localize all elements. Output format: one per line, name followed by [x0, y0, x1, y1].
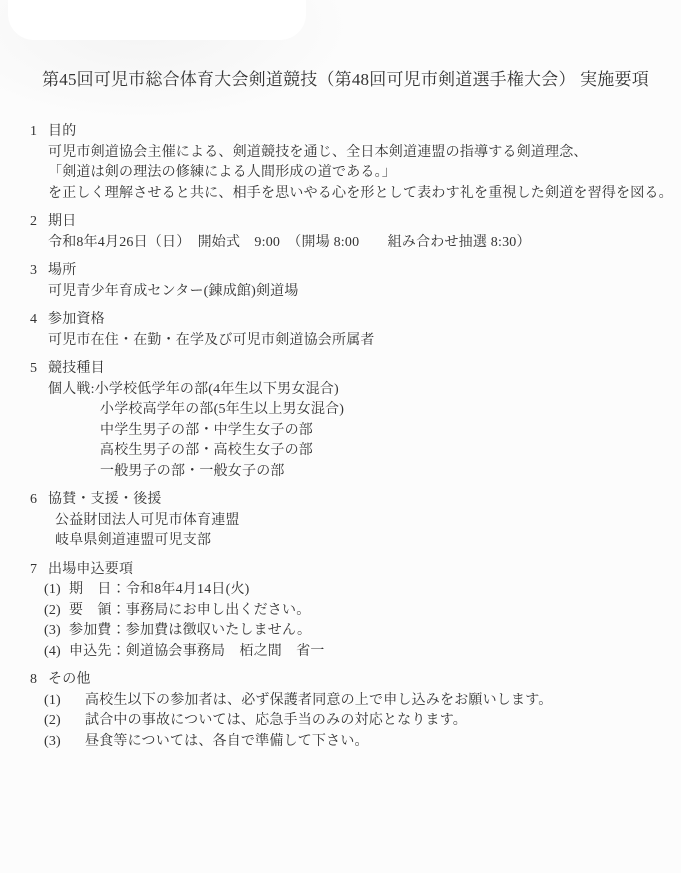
section-date: 2期日 令和8年4月26日（日） 開始式 9:00 （開場 8:00 組み合わせ…	[0, 212, 681, 253]
section-heading-row: 5競技種目	[0, 359, 681, 380]
item-text: 要 領：事務局にお申し出ください。	[69, 603, 310, 618]
document-content: 第45回可児市総合体育大会剣道競技（第48回可児市剣道選手権大会） 実施要項 1…	[0, 0, 681, 752]
section-heading: 場所	[48, 263, 76, 278]
section-number: 6	[30, 490, 48, 511]
item-text: 昼食等については、各自で準備して下さい。	[85, 734, 369, 749]
document-title: 第45回可児市総合体育大会剣道競技（第48回可児市剣道選手権大会） 実施要項	[0, 70, 681, 90]
item-number: (3)	[44, 621, 69, 642]
body-line: 可児市剣道協会主催による、剣道競技を通じ、全日本剣道連盟の指導する剣道理念、	[0, 143, 681, 164]
event-category: 高校生男子の部・高校生女子の部	[0, 441, 681, 462]
body-line: 可児青少年育成センター(錬成館)剣道場	[0, 282, 681, 303]
item-text: 期 日：令和8年4月14日(火)	[69, 582, 250, 597]
section-heading-row: 1目的	[0, 122, 681, 143]
application-item: (1)期 日：令和8年4月14日(火)	[0, 580, 681, 601]
section-number: 7	[30, 560, 48, 581]
item-number: (4)	[44, 642, 69, 663]
section-heading-row: 4参加資格	[0, 310, 681, 331]
application-item: (3)参加費：参加費は徴収いたしません。	[0, 621, 681, 642]
section-heading: 参加資格	[48, 312, 105, 327]
section-heading: 競技種目	[48, 361, 105, 376]
item-number: (3)	[44, 732, 85, 753]
item-number: (2)	[44, 711, 85, 732]
item-text: 試合中の事故については、応急手当のみの対応となります。	[85, 713, 467, 728]
application-item: (2)要 領：事務局にお申し出ください。	[0, 601, 681, 622]
section-heading-row: 7出場申込要項	[0, 560, 681, 581]
event-category: 一般男子の部・一般女子の部	[0, 462, 681, 483]
section-eligibility: 4参加資格 可児市在住・在勤・在学及び可児市剣道協会所属者	[0, 310, 681, 351]
application-item: (4)申込先：剣道協会事務局 栢之間 省一	[0, 642, 681, 663]
other-item: (2)試合中の事故については、応急手当のみの対応となります。	[0, 711, 681, 732]
section-heading-row: 6協賛・支援・後援	[0, 490, 681, 511]
section-heading: 期日	[48, 214, 76, 229]
body-line: 令和8年4月26日（日） 開始式 9:00 （開場 8:00 組み合わせ抽選 8…	[0, 233, 681, 254]
item-text: 申込先：剣道協会事務局 栢之間 省一	[69, 644, 325, 659]
event-category: 小学校高学年の部(5年生以上男女混合)	[0, 400, 681, 421]
other-item: (3)昼食等については、各自で準備して下さい。	[0, 732, 681, 753]
section-number: 4	[30, 310, 48, 331]
section-events: 5競技種目 個人戦:小学校低学年の部(4年生以下男女混合) 小学校高学年の部(5…	[0, 359, 681, 482]
section-number: 1	[30, 122, 48, 143]
body-line: 「剣道は剣の理法の修練による人間形成の道である。」	[0, 163, 681, 184]
section-other: 8その他 (1)高校生以下の参加者は、必ず保護者同意の上で申し込みをお願いします…	[0, 670, 681, 752]
section-number: 2	[30, 212, 48, 233]
section-application: 7出場申込要項 (1)期 日：令和8年4月14日(火) (2)要 領：事務局にお…	[0, 560, 681, 663]
section-heading-row: 8その他	[0, 670, 681, 691]
section-sponsors: 6協賛・支援・後援 公益財団法人可児市体育連盟 岐阜県剣道連盟可児支部	[0, 490, 681, 552]
item-number: (2)	[44, 601, 69, 622]
item-number: (1)	[44, 691, 85, 712]
section-number: 3	[30, 261, 48, 282]
section-heading: 協賛・支援・後援	[48, 492, 162, 507]
event-category: 小学校低学年の部(4年生以下男女混合)	[95, 382, 339, 397]
section-heading: その他	[48, 672, 91, 687]
item-text: 参加費：参加費は徴収いたしません。	[69, 623, 311, 638]
other-item: (1)高校生以下の参加者は、必ず保護者同意の上で申し込みをお願いします。	[0, 691, 681, 712]
body-line: 個人戦:小学校低学年の部(4年生以下男女混合)	[0, 380, 681, 401]
document-sections: 1目的 可児市剣道協会主催による、剣道競技を通じ、全日本剣道連盟の指導する剣道理…	[0, 122, 681, 752]
body-line: を正しく理解させると共に、相手を思いやる心を形として表わす礼を重視した剣道を習得…	[0, 184, 681, 205]
section-number: 8	[30, 670, 48, 691]
section-heading: 出場申込要項	[48, 562, 133, 577]
body-line: 可児市在住・在勤・在学及び可児市剣道協会所属者	[0, 331, 681, 352]
section-heading-row: 3場所	[0, 261, 681, 282]
section-number: 5	[30, 359, 48, 380]
section-venue: 3場所 可児青少年育成センター(錬成館)剣道場	[0, 261, 681, 302]
section-heading: 目的	[48, 124, 76, 139]
item-text: 高校生以下の参加者は、必ず保護者同意の上で申し込みをお願いします。	[85, 693, 552, 708]
event-category: 中学生男子の部・中学生女子の部	[0, 421, 681, 442]
individual-battle-label: 個人戦:	[48, 382, 95, 397]
section-purpose: 1目的 可児市剣道協会主催による、剣道競技を通じ、全日本剣道連盟の指導する剣道理…	[0, 122, 681, 204]
sponsor-name: 岐阜県剣道連盟可児支部	[0, 531, 681, 552]
document-page: 第45回可児市総合体育大会剣道競技（第48回可児市剣道選手権大会） 実施要項 1…	[0, 0, 681, 873]
item-number: (1)	[44, 580, 69, 601]
section-heading-row: 2期日	[0, 212, 681, 233]
sponsor-name: 公益財団法人可児市体育連盟	[0, 511, 681, 532]
